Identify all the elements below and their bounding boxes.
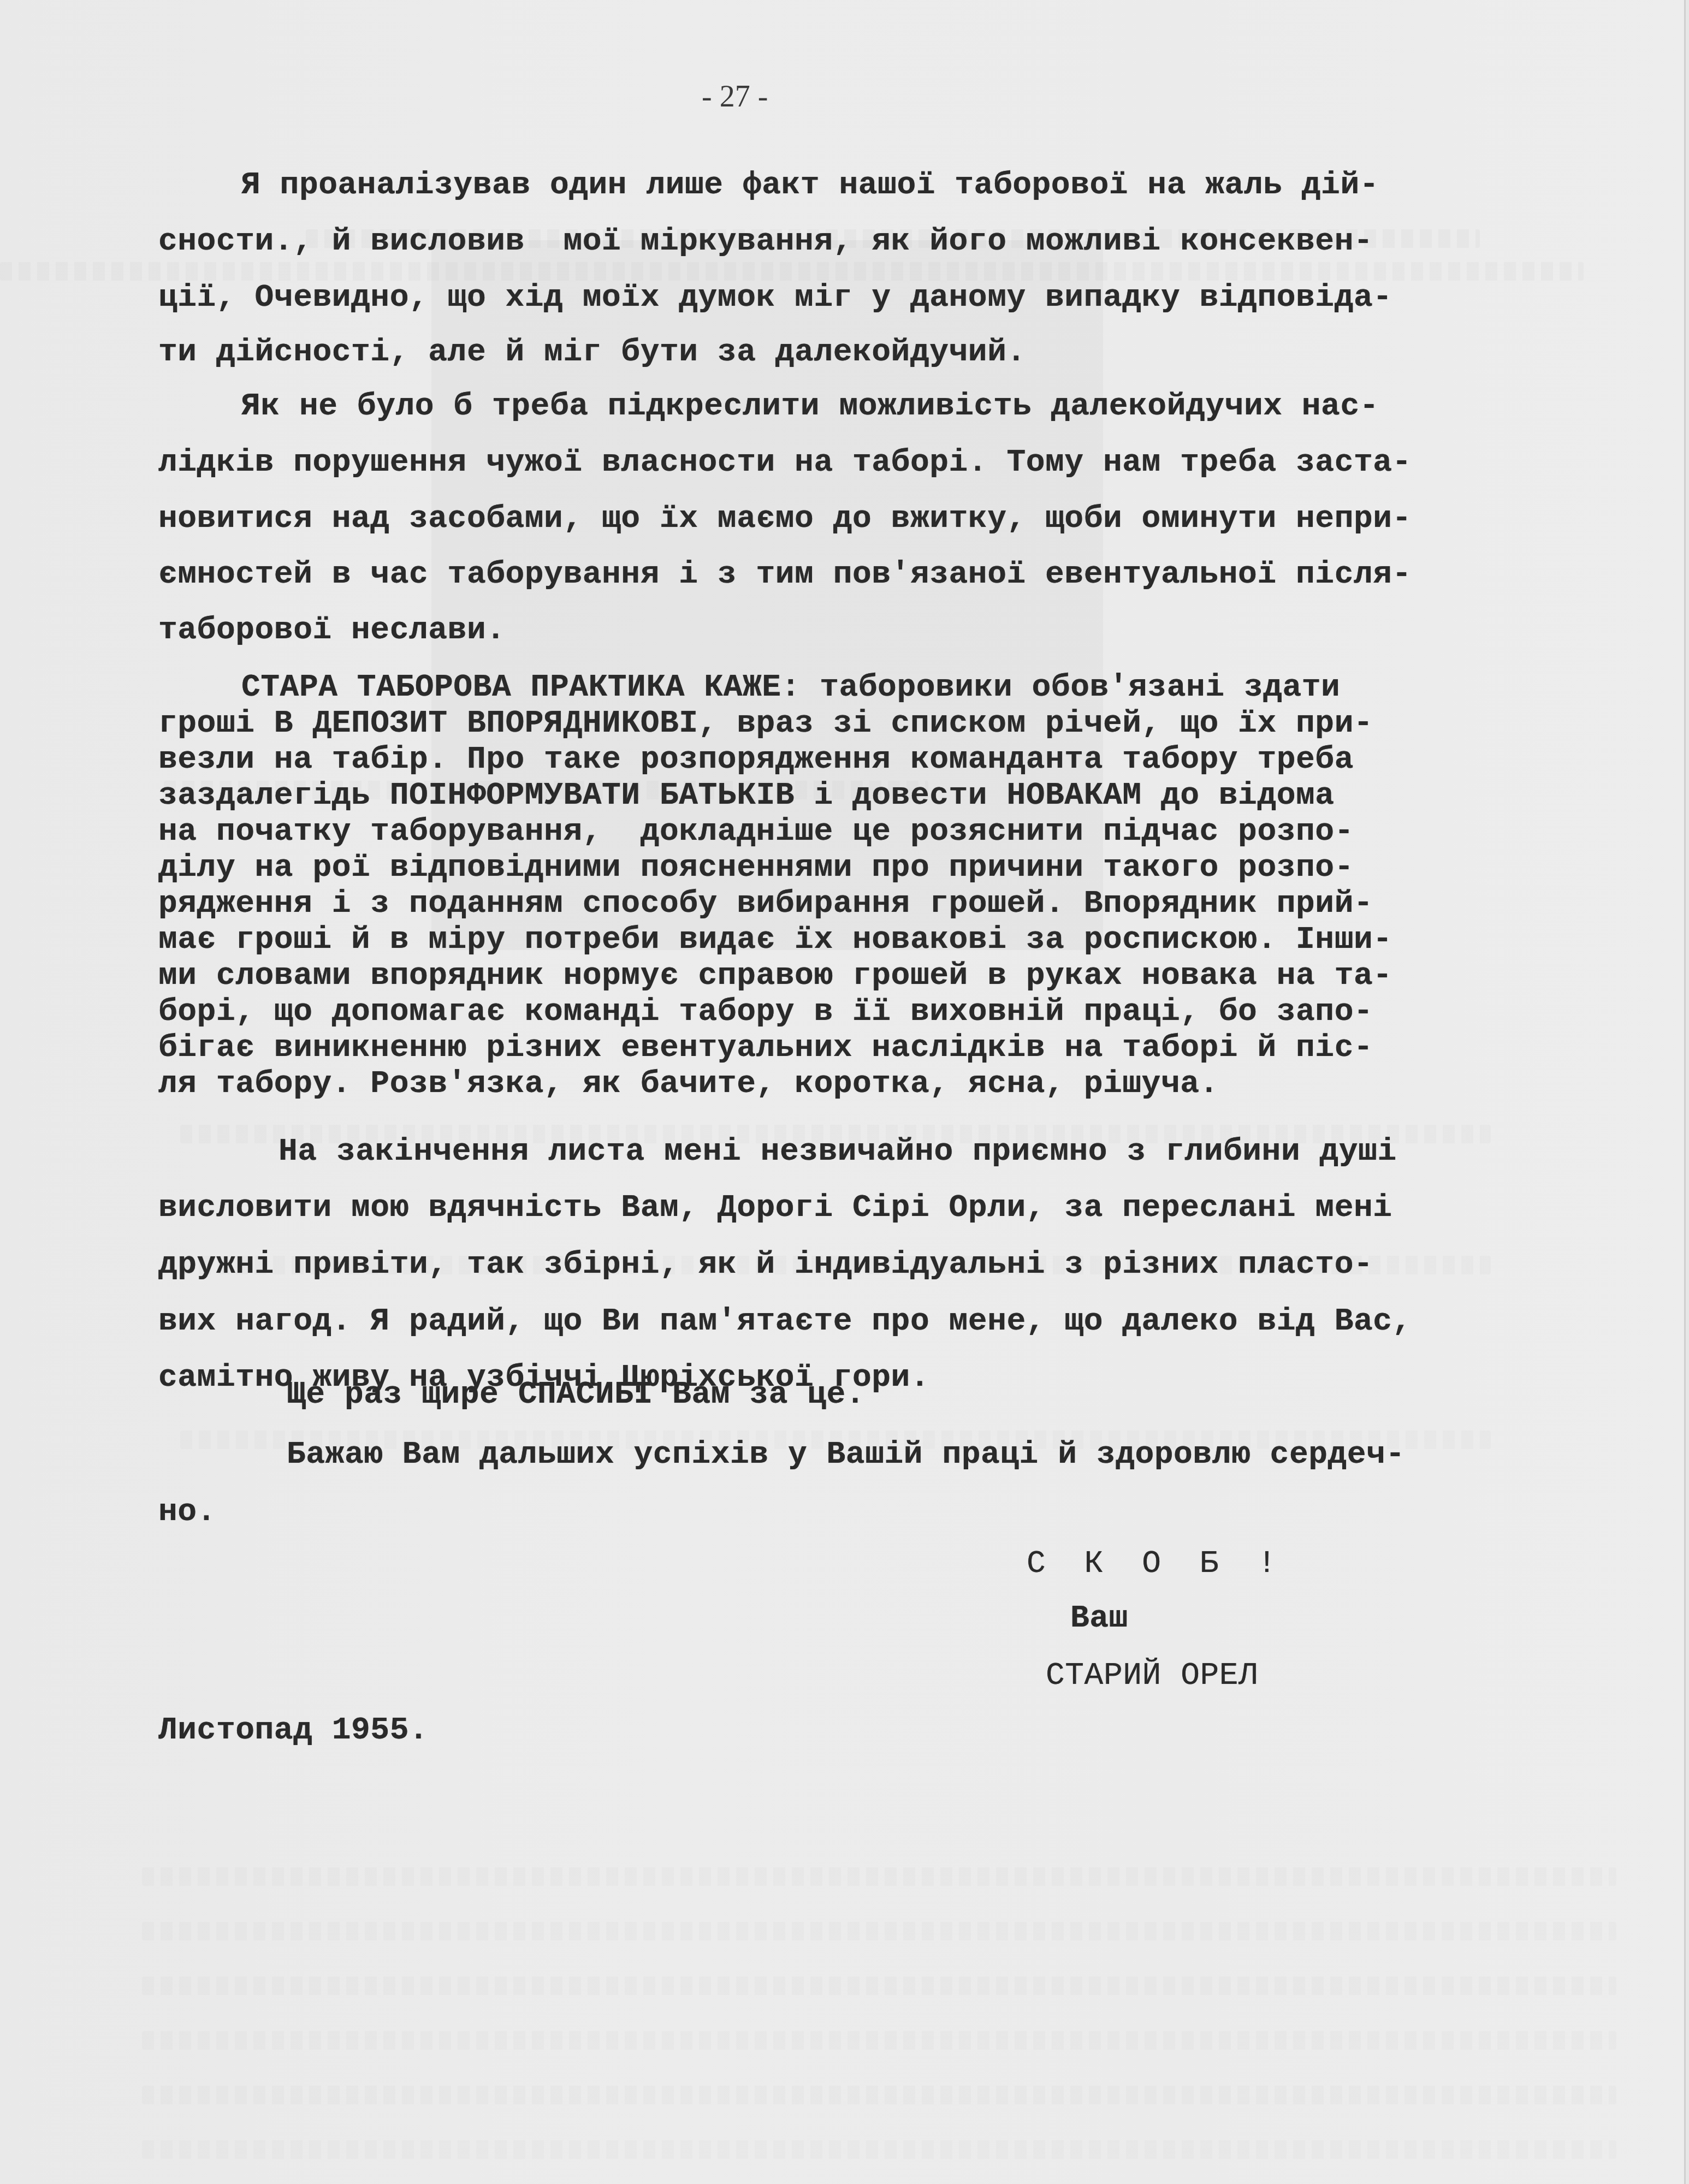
paragraph-wishes-line: Бажаю Вам дальших успіхів у Вашій праці … xyxy=(287,1439,1405,1471)
paragraph-analysis-line: Я проаналізував один лише факт нашої таб… xyxy=(241,169,1379,202)
paragraph-practice-line: гроші В ДЕПОЗИТ ВПОРЯДНИКОВІ, враз зі сп… xyxy=(158,708,1373,740)
show-through-line xyxy=(0,262,1584,281)
document-page: - 27 - Я проаналізував один лише факт на… xyxy=(0,0,1686,2184)
closing-greeting: С К О Б ! xyxy=(1027,1548,1286,1581)
closing-signature: СТАРИЙ ОРЕЛ xyxy=(1046,1660,1258,1693)
paragraph-practice-line: ля табору. Розв'язка, як бачите, коротка… xyxy=(158,1068,1219,1101)
paragraph-practice-line: борі, що допомагає команді табору в її в… xyxy=(158,996,1373,1029)
paragraph-analysis-line: сности., й висловив мої міркування, як й… xyxy=(158,225,1373,258)
show-through-line xyxy=(142,2140,1616,2159)
show-through-line xyxy=(142,1867,1616,1886)
paragraph-practice-line: ми словами впорядник нормує справою грош… xyxy=(158,960,1392,993)
show-through-line xyxy=(142,2086,1616,2104)
paragraph-practice-line: СТАРА ТАБОРОВА ПРАКТИКА КАЖЕ: таборовики… xyxy=(241,672,1340,704)
paragraph-gratitude-line: дружні привіти, так збірні, як й індивід… xyxy=(158,1249,1373,1281)
paragraph-analysis-line: ції, Очевидно, що хід моїх думок міг у д… xyxy=(158,282,1392,314)
page-number: - 27 - xyxy=(702,79,768,114)
paragraph-gratitude-line: висловити мою вдячність Вам, Дорогі Сірі… xyxy=(158,1192,1392,1225)
paragraph-consequences-line: лідків порушення чужої власности на табо… xyxy=(158,447,1412,479)
paragraph-practice-line: має гроші й в міру потреби видає їх нова… xyxy=(158,924,1392,957)
show-through-line xyxy=(142,2031,1616,2050)
paragraph-practice-line: ділу на рої відповідними поясненнями про… xyxy=(158,852,1354,885)
paragraph-practice-line: на початку таборування, докладніше це ро… xyxy=(158,816,1354,848)
paragraph-gratitude-line: На закінчення листа мені незвичайно приє… xyxy=(278,1136,1397,1168)
paragraph-gratitude-line: вих нагод. Я радий, що Ви пам'ятаєте про… xyxy=(158,1305,1412,1338)
paragraph-practice-line: бігає виникненню різних евентуальних нас… xyxy=(158,1032,1373,1065)
closing-date: Листопад 1955. xyxy=(158,1714,428,1747)
closing-yours: Ваш xyxy=(1070,1603,1128,1635)
paragraph-consequences-line: таборової неслави. xyxy=(158,614,506,647)
paragraph-practice-line: везли на табір. Про таке розпорядження к… xyxy=(158,744,1354,776)
show-through-line xyxy=(142,1922,1616,1940)
paragraph-analysis-line: ти дійсності, але й міг бути за далекойд… xyxy=(158,336,1026,369)
paragraph-consequences-line: ємностей в час таборування і з тим пов'я… xyxy=(158,559,1412,591)
paragraph-practice-line: рядження і з поданням способу вибирання … xyxy=(158,888,1373,921)
paragraph-wishes-line: но. xyxy=(158,1496,216,1529)
show-through-line xyxy=(142,1977,1616,1995)
paragraph-practice-line: заздалегідь ПОІНФОРМУВАТИ БАТЬКІВ і дове… xyxy=(158,780,1335,812)
paragraph-consequences-line: новитися над засобами, що їх маємо до вж… xyxy=(158,503,1412,536)
paragraph-thanks-line: Ще раз щире СПАСИБІ Вам за це. xyxy=(287,1379,865,1411)
paragraph-consequences-line: Як не було б треба підкреслити можливіст… xyxy=(241,390,1379,423)
